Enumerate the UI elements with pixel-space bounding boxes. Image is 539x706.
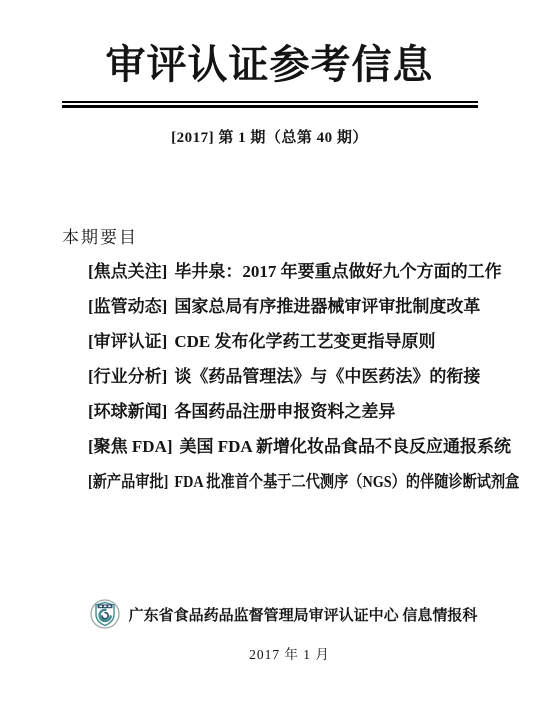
toc-item-title: CDE 发布化学药工艺变更指导原则 [174, 332, 435, 351]
gdfda-emblem-icon [90, 598, 120, 630]
toc-item-title: 美国 FDA 新增化妆品食品不良反应通报系统 [180, 437, 512, 456]
toc-list: [焦点关注]毕井泉：2017 年要重点做好九个方面的工作 [监管动态]国家总局有… [88, 261, 531, 506]
organization-name: 广东省食品药品监督管理局审评认证中心 信息情报科 [129, 604, 478, 625]
toc-item-category: [审评认证] [88, 332, 167, 351]
toc-item: [审评认证]CDE 发布化学药工艺变更指导原则 [88, 331, 531, 366]
toc-item: [行业分析]谈《药品管理法》与《中医药法》的衔接 [88, 366, 531, 401]
toc-item-category: [行业分析] [88, 367, 167, 386]
toc-item: [环球新闻]各国药品注册申报资料之差异 [88, 401, 531, 436]
toc-item-title: 国家总局有序推进器械审评审批制度改革 [174, 297, 480, 316]
toc-item-title: 谈《药品管理法》与《中医药法》的衔接 [174, 367, 480, 386]
toc-item-title: 毕井泉：2017 年要重点做好九个方面的工作 [174, 262, 501, 281]
toc-item: [聚焦 FDA]美国 FDA 新增化妆品食品不良反应通报系统 [88, 436, 531, 471]
emblem-band-mark [108, 606, 111, 608]
toc-item: [新产品审批]FDA 批准首个基于二代测序（NGS）的伴随诊断试剂盒 [88, 471, 469, 506]
toc-item-category: [聚焦 FDA] [88, 437, 173, 456]
title-divider-rule [62, 101, 478, 108]
issue-line: [2017] 第 1 期（总第 40 期） [0, 126, 539, 147]
toc-item: [焦点关注]毕井泉：2017 年要重点做好九个方面的工作 [88, 261, 531, 296]
emblem-band-mark [99, 606, 102, 608]
toc-item: [监管动态]国家总局有序推进器械审评审批制度改革 [88, 296, 531, 331]
toc-item-category: [焦点关注] [88, 262, 167, 281]
toc-item-category: [环球新闻] [88, 402, 167, 421]
toc-item-category: [新产品审批] [88, 472, 168, 491]
publication-date: 2017 年 1 月 [0, 643, 539, 663]
footer-organization-row: 广东省食品药品监督管理局审评认证中心 信息情报科 [0, 598, 539, 630]
bulletin-cover-page: 审评认证参考信息 [2017] 第 1 期（总第 40 期） 本期要目 [焦点关… [0, 0, 539, 706]
emblem-band-mark [103, 606, 106, 608]
toc-heading: 本期要目 [62, 223, 138, 248]
page-title: 审评认证参考信息 [0, 33, 539, 90]
toc-item-title: FDA 批准首个基于二代测序（NGS）的伴随诊断试剂盒 [174, 472, 519, 491]
toc-item-category: [监管动态] [88, 297, 167, 316]
toc-item-title: 各国药品注册申报资料之差异 [174, 402, 395, 421]
